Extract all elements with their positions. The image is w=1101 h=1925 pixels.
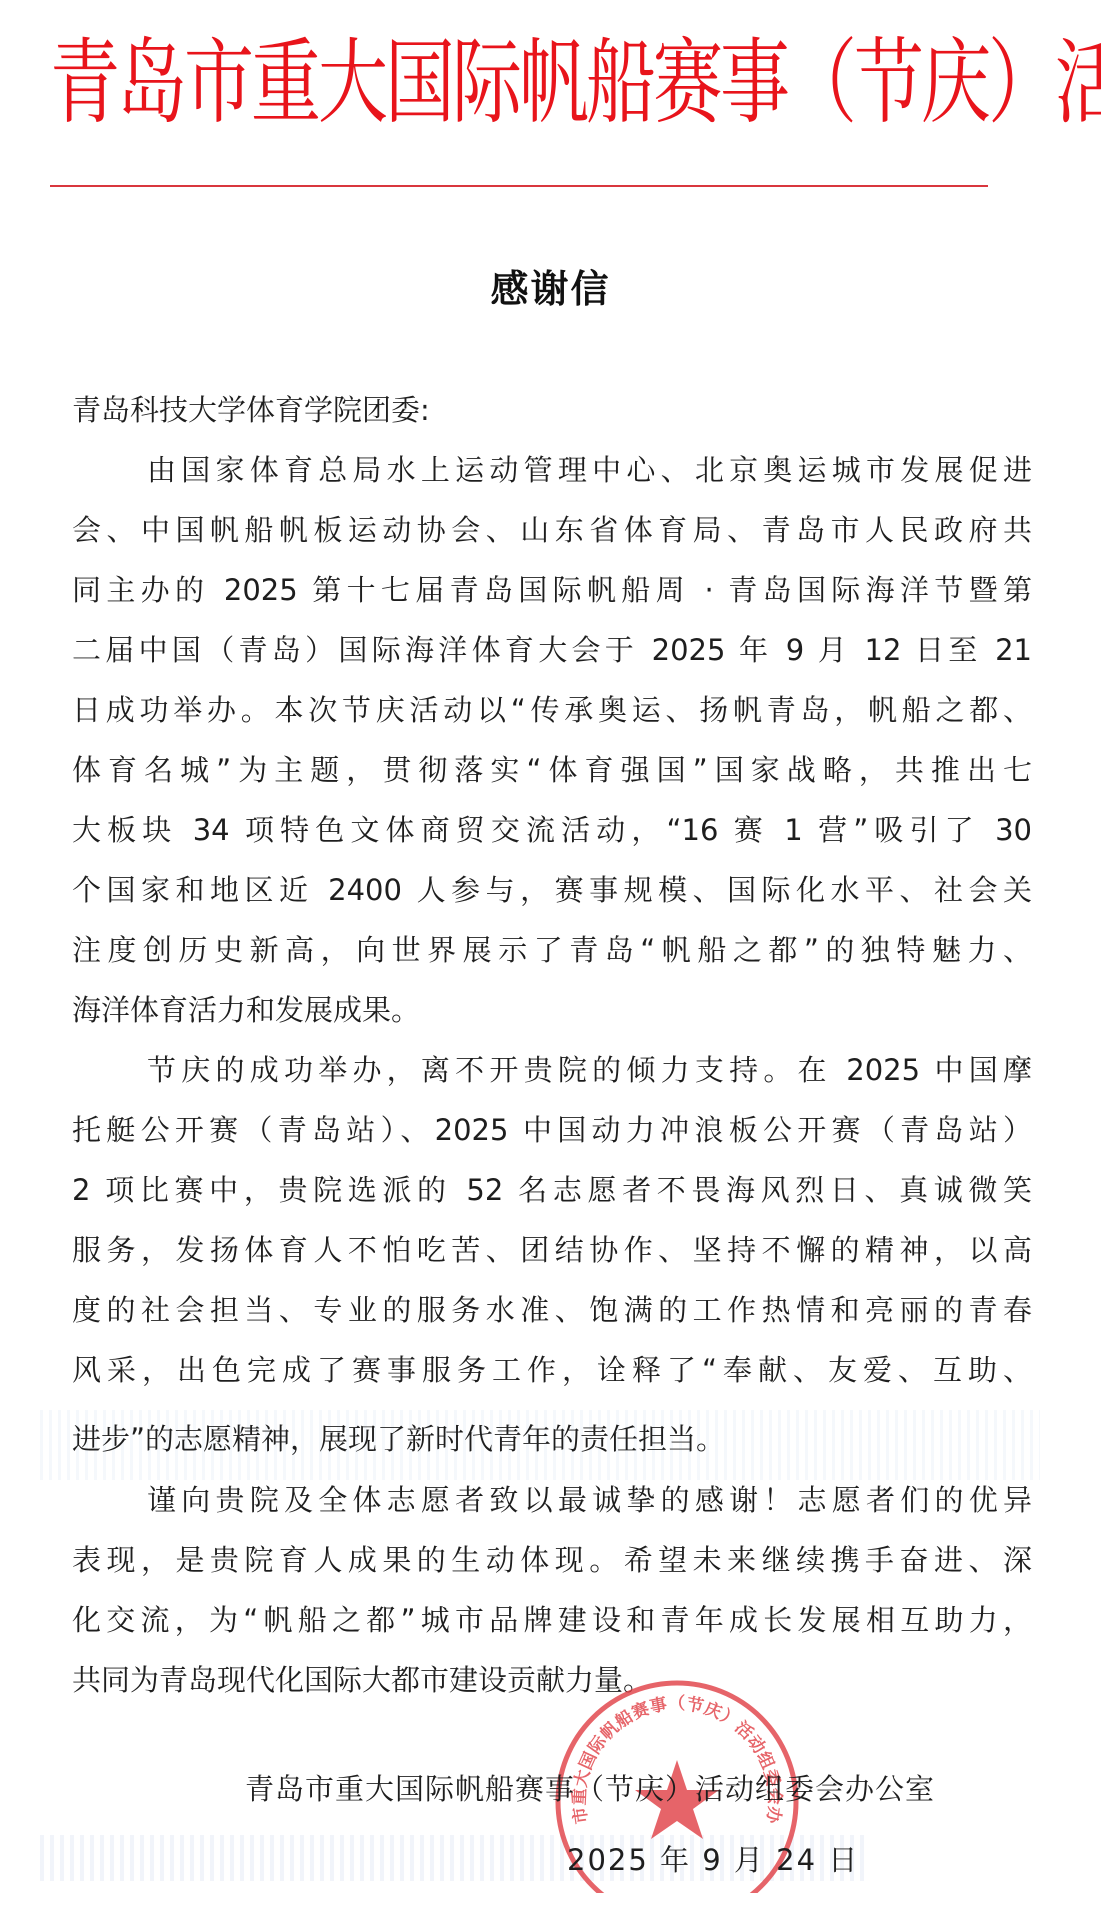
- text-line: 谨向贵院及全体志愿者致以最诚挚的感谢！志愿者们的优异: [147, 1478, 1032, 1519]
- signature-organization: 青岛市重大国际帆船赛事（节庆）活动组委会办公室: [245, 1767, 935, 1808]
- text-line: 体育名城”为主题，贯彻落实“体育强国”国家战略，共推出七: [72, 748, 1032, 789]
- signature-date: 2025 年 9 月 24 日: [567, 1838, 859, 1879]
- text-line: 共同为青岛现代化国际大都市建设贡献力量。: [72, 1658, 1032, 1699]
- text-line: 大板块 34 项特色文体商贸交流活动，“16 赛 1 营”吸引了 30: [72, 808, 1032, 849]
- text-line: 二届中国（青岛）国际海洋体育大会于 2025 年 9 月 12 日至 21: [72, 628, 1032, 669]
- text-line: 度的社会担当、专业的服务水准、饱满的工作热情和亮丽的青春: [72, 1288, 1032, 1329]
- text-line: 会、中国帆船帆板运动协会、山东省体育局、青岛市人民政府共: [72, 508, 1032, 549]
- text-line: 化交流，为“帆船之都”城市品牌建设和青年成长发展相互助力，: [72, 1598, 1032, 1639]
- text-line: 个国家和地区近 2400 人参与，赛事规模、国际化水平、社会关: [72, 868, 1032, 909]
- text-line: 2 项比赛中，贵院选派的 52 名志愿者不畏海风烈日、真诚微笑: [72, 1168, 1032, 1209]
- letter-page: 青岛市重大国际帆船赛事（节庆）活动组委会 感谢信 青岛科技大学体育学院团委: 由…: [0, 0, 1101, 1893]
- text-line: 由国家体育总局水上运动管理中心、北京奥运城市发展促进: [147, 448, 1032, 489]
- document-title: 感谢信: [0, 258, 1101, 313]
- text-line: 节庆的成功举办，离不开贵院的倾力支持。在 2025 中国摩: [147, 1048, 1032, 1089]
- text-line: 进步”的志愿精神，展现了新时代青年的责任担当。: [72, 1417, 1032, 1458]
- text-line: 注度创历史新高，向世界展示了青岛“帆船之都”的独特魅力、: [72, 928, 1032, 969]
- text-line: 日成功举办。本次节庆活动以“传承奥运、扬帆青岛，帆船之都、: [72, 688, 1032, 729]
- text-line: 海洋体育活力和发展成果。: [72, 988, 1032, 1029]
- text-line: 风采，出色完成了赛事服务工作，诠释了“奉献、友爱、互助、: [72, 1348, 1032, 1389]
- text-line: 托艇公开赛（青岛站）、2025 中国动力冲浪板公开赛（青岛站）: [72, 1108, 1032, 1149]
- letterhead-divider: [50, 185, 988, 187]
- text-line: 同主办的 2025 第十七届青岛国际帆船周 · 青岛国际海洋节暨第: [72, 568, 1032, 609]
- text-line: 服务，发扬体育人不怕吃苦、团结协作、坚持不懈的精神，以高: [72, 1228, 1032, 1269]
- text-line: 表现，是贵院育人成果的生动体现。希望未来继续携手奋进、深: [72, 1538, 1032, 1579]
- letterhead-title: 青岛市重大国际帆船赛事（节庆）活动组委会: [50, 10, 1050, 155]
- salutation: 青岛科技大学体育学院团委:: [72, 388, 430, 429]
